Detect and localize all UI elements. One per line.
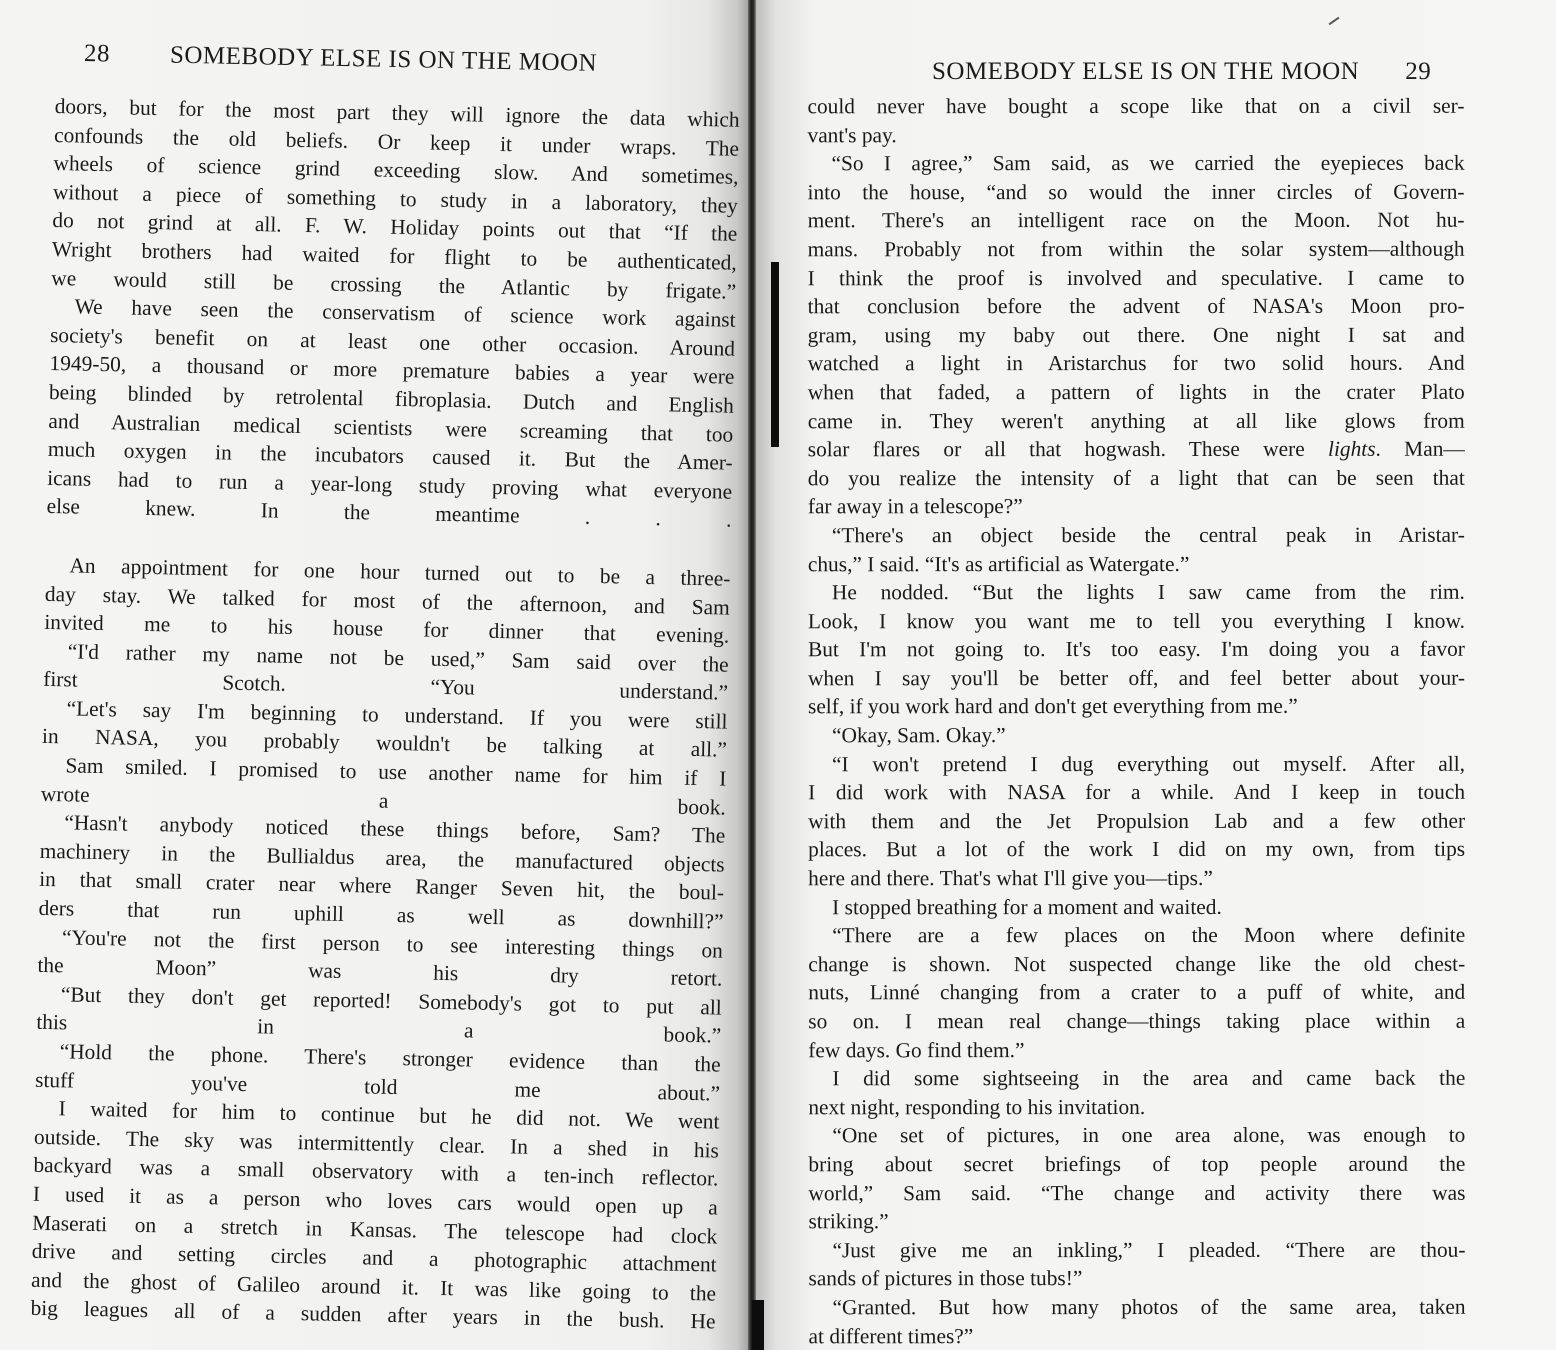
text-line: into the house, “and so would the inner … bbox=[808, 177, 1465, 206]
right-page-body-text: could never have bought a scope like tha… bbox=[807, 92, 1465, 1350]
text-line: watched a light in Aristarchus for two s… bbox=[808, 349, 1465, 378]
text-line: places. But a lot of the work I did on m… bbox=[808, 835, 1465, 864]
text-line: “There's an object beside the central pe… bbox=[808, 521, 1465, 550]
text-line: “Just give me an inkling,” I pleaded. “T… bbox=[808, 1235, 1465, 1264]
text-line: when that faded, a pattern of lights in … bbox=[808, 378, 1465, 407]
text-line: I did some sightseeing in the area and c… bbox=[808, 1064, 1465, 1093]
right-running-head: SOMEBODY ELSE IS ON THE MOON29 bbox=[932, 58, 1431, 86]
text-line: few days. Go find them.” bbox=[808, 1035, 1465, 1064]
text-line: solar flares or all that hogwash. These … bbox=[808, 435, 1465, 464]
text-line: at different times?” bbox=[809, 1321, 1466, 1350]
text-line: “Granted. But how many photos of the sam… bbox=[808, 1293, 1465, 1322]
text-line: could never have bought a scope like tha… bbox=[807, 92, 1464, 121]
book-spine-gutter bbox=[748, 0, 756, 1350]
text-line: so on. I mean real change—things taking … bbox=[808, 1007, 1465, 1036]
left-page: 28SOMEBODY ELSE IS ON THE MOON doors, bu… bbox=[0, 0, 752, 1350]
text-line: bring about secret briefings of top peop… bbox=[808, 1150, 1465, 1179]
text-line: But I'm not going to. It's too easy. I'm… bbox=[808, 635, 1465, 664]
text-line: “One set of pictures, in one area alone,… bbox=[808, 1121, 1465, 1150]
gutter-shadow-mark bbox=[771, 262, 779, 447]
text-line: far away in a telescope?” bbox=[808, 492, 1465, 521]
text-line: here and there. That's what I'll give yo… bbox=[808, 864, 1465, 893]
text-line: vant's pay. bbox=[807, 120, 1464, 149]
text-line: nuts, Linné changing from a crater to a … bbox=[808, 978, 1465, 1007]
text-line: that conclusion before the advent of NAS… bbox=[808, 292, 1465, 321]
text-line: came in. They weren't anything at all li… bbox=[808, 406, 1465, 435]
text-line: “Okay, Sam. Okay.” bbox=[808, 721, 1465, 750]
text-line: “There are a few places on the Moon wher… bbox=[808, 921, 1465, 950]
text-line: chus,” I said. “It's as artificial as Wa… bbox=[808, 549, 1465, 578]
text-line: change is shown. Not suspected change li… bbox=[808, 950, 1465, 979]
text-line: Look, I know you want me to tell you eve… bbox=[808, 606, 1465, 635]
text-line: He nodded. “But the lights I saw came fr… bbox=[808, 578, 1465, 607]
left-page-body-text: doors, but for the most part they will i… bbox=[30, 92, 740, 1336]
text-line: self, if you work hard and don't get eve… bbox=[808, 692, 1465, 721]
text-line: ment. There's an intelligent race on the… bbox=[808, 206, 1465, 235]
text-line: I think the proof is involved and specul… bbox=[808, 263, 1465, 292]
text-line: sands of pictures in those tubs!” bbox=[808, 1264, 1465, 1293]
running-head-title-left: SOMEBODY ELSE IS ON THE MOON bbox=[170, 42, 598, 77]
text-line: do you realize the intensity of a light … bbox=[808, 463, 1465, 492]
text-line: “So I agree,” Sam said, as we carried th… bbox=[808, 149, 1465, 178]
gutter-shadow-mark-bottom bbox=[752, 1300, 764, 1350]
page-number-right: 29 bbox=[1405, 58, 1431, 86]
book-spread: 28SOMEBODY ELSE IS ON THE MOON doors, bu… bbox=[0, 0, 1556, 1350]
text-line: when I say you'll be better off, and fee… bbox=[808, 664, 1465, 693]
text-line: next night, responding to his invitation… bbox=[808, 1092, 1465, 1121]
text-line: world,” Sam said. “The change and activi… bbox=[808, 1178, 1465, 1207]
right-page: SOMEBODY ELSE IS ON THE MOON29 could nev… bbox=[752, 0, 1556, 1350]
left-running-head: 28SOMEBODY ELSE IS ON THE MOON bbox=[84, 40, 598, 78]
text-line: gram, using my baby out there. One night… bbox=[808, 320, 1465, 349]
running-head-title-right: SOMEBODY ELSE IS ON THE MOON bbox=[932, 58, 1359, 85]
page-number-left: 28 bbox=[84, 40, 171, 70]
text-line: “I won't pretend I dug everything out my… bbox=[808, 749, 1465, 778]
text-line: striking.” bbox=[808, 1207, 1465, 1236]
text-line: mans. Probably not from within the solar… bbox=[808, 235, 1465, 264]
text-line: I did work with NASA for a while. And I … bbox=[808, 778, 1465, 807]
text-line: with them and the Jet Propulsion Lab and… bbox=[808, 807, 1465, 836]
text-line: I stopped breathing for a moment and wai… bbox=[808, 892, 1465, 921]
